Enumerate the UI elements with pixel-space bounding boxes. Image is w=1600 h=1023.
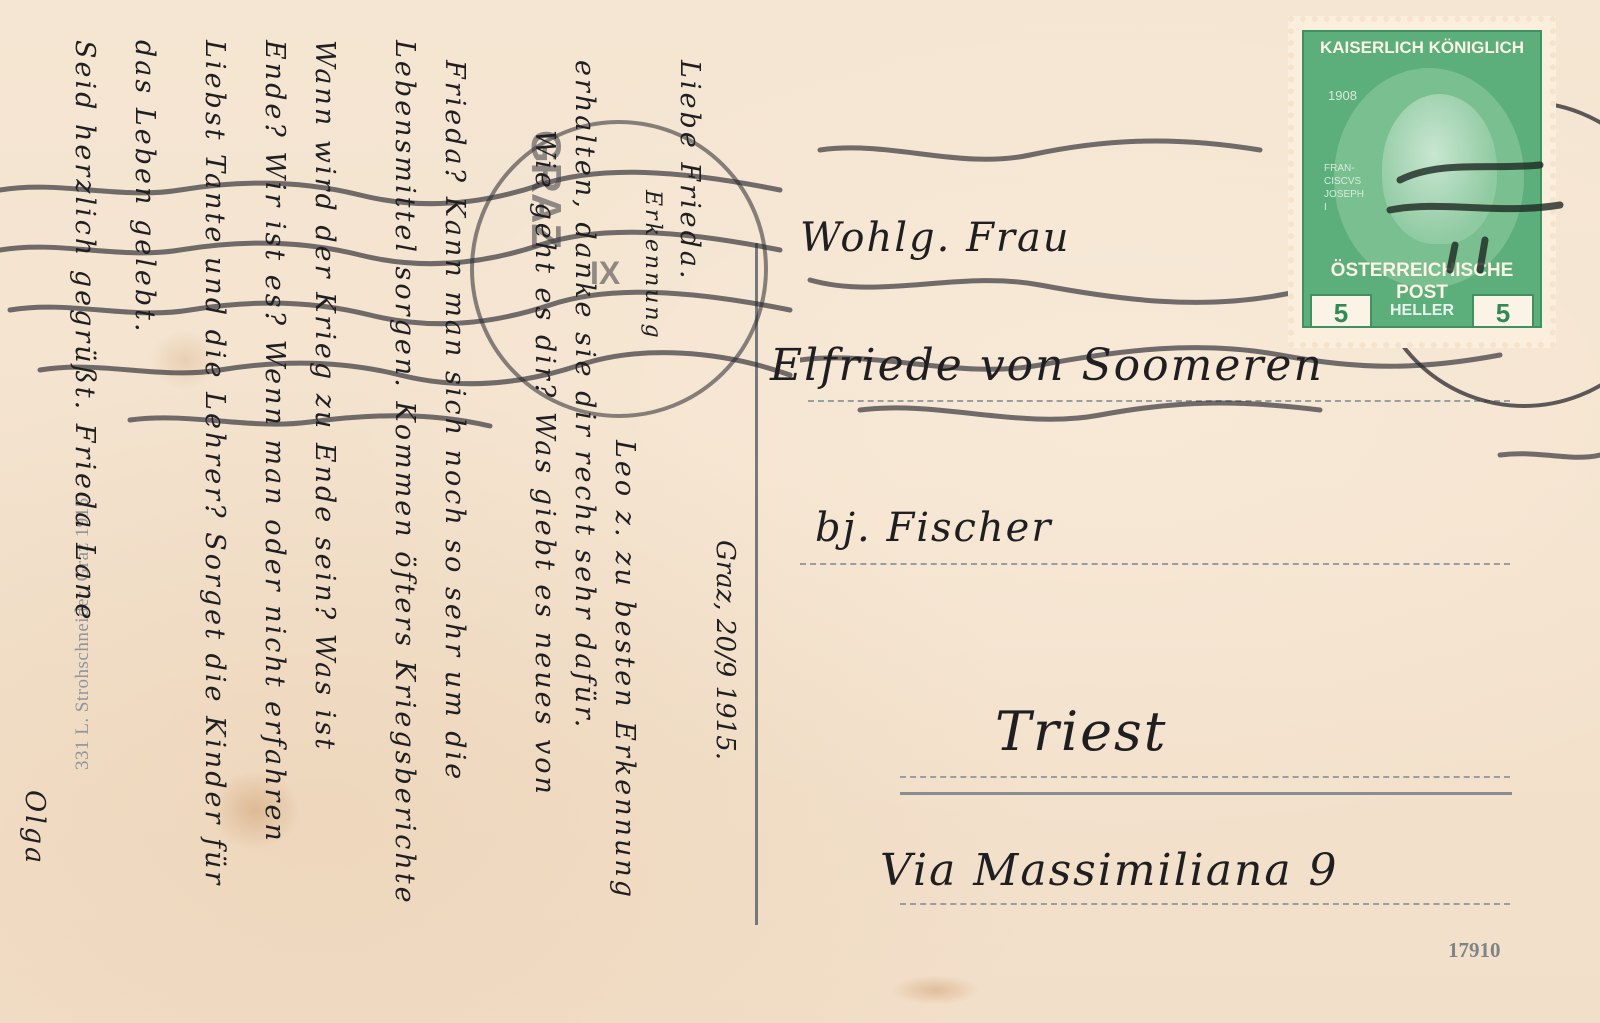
card-number: 17910 bbox=[1448, 938, 1501, 963]
stamp-name-line: FRAN- bbox=[1324, 162, 1384, 175]
stamp-top-inscription: KAISERLICH KÖNIGLICH bbox=[1304, 38, 1540, 58]
message-line: Wann wird der Krieg zu Ende sein? Was is… bbox=[309, 40, 340, 752]
message-line: Seid herzlich gegrüßt. Frieda Lane bbox=[69, 40, 100, 622]
postcard-back: 331 L. Strohschneider, Graz 1915 17910 G… bbox=[0, 0, 1600, 1023]
stamp-portrait-name: FRAN- CISCVS JOSEPH I bbox=[1324, 162, 1384, 214]
message-line: Wie geht es dir? Was giebt es neues von bbox=[529, 130, 560, 797]
stamp-name-line: I bbox=[1324, 201, 1384, 214]
address-street: Via Massimiliana 9 bbox=[880, 845, 1339, 896]
message-line: Lebensmittel sorgen. Kommen öfters Krieg… bbox=[389, 40, 420, 906]
stamp-value-right: 5 bbox=[1472, 294, 1534, 328]
message-line: das Leben gelebt. bbox=[129, 40, 160, 335]
message-line: Liebst Tante und die Lehrer? Sorget die … bbox=[199, 40, 230, 887]
stamp-year: 1908 bbox=[1328, 88, 1357, 103]
age-stain bbox=[890, 975, 980, 1005]
address-salutation: Wohlg. Frau bbox=[800, 215, 1071, 261]
stamp-value-left: 5 bbox=[1310, 294, 1372, 328]
message-place-date: Graz, 20/9 1915. bbox=[710, 540, 740, 760]
address-city: Triest bbox=[995, 700, 1167, 763]
address-line-4 bbox=[900, 903, 1510, 905]
stamp-name-line: JOSEPH bbox=[1324, 188, 1384, 201]
stamp-name-line: CISCVS bbox=[1324, 175, 1384, 188]
address-recipient-name: Elfriede von Soomeren bbox=[770, 340, 1324, 391]
message-line: Ende? Wir ist es? Wenn man oder nicht er… bbox=[259, 40, 290, 844]
address-care-of: bj. Fischer bbox=[815, 505, 1052, 551]
message-line: Leo z. zu besten Erkennung bbox=[609, 440, 640, 900]
stamp-denomination: HELLER bbox=[1376, 302, 1468, 320]
message-line: Frieda? Kann man sich noch so sehr um di… bbox=[439, 60, 470, 782]
message-line: Erkennung bbox=[640, 190, 665, 341]
message-line: Liebe Frieda. bbox=[674, 60, 705, 282]
message-signature: Olga bbox=[19, 790, 50, 866]
address-line-3 bbox=[900, 776, 1510, 778]
address-underline-solid bbox=[900, 792, 1512, 795]
address-line-2 bbox=[800, 563, 1510, 565]
stamp-cancellation-marks bbox=[1380, 120, 1580, 280]
message-line: erhalten, danke sie dir recht sehr dafür… bbox=[569, 60, 600, 730]
